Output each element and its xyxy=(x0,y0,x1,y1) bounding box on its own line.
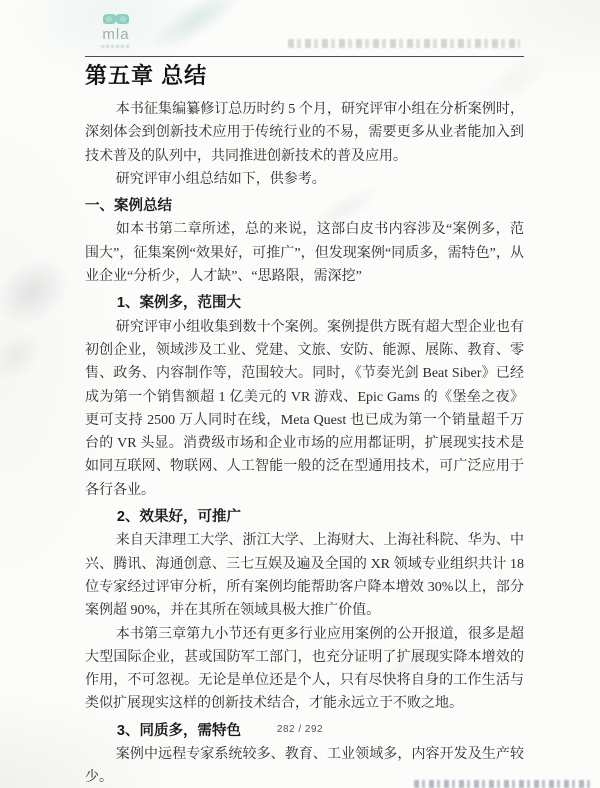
brand-caption-blurred xyxy=(101,45,131,48)
page-number: 282 / 292 xyxy=(0,724,600,735)
header-note-illegible xyxy=(288,39,520,48)
paragraph-note: 研究评审小组总结如下，供参考。 xyxy=(85,168,524,191)
document-page: mla 第五章 总结 本书征集编纂修订总历时约 5 个月，研究评审小组在分析案例… xyxy=(0,0,600,788)
brand-logo: mla xyxy=(86,12,146,48)
header-divider xyxy=(85,56,524,57)
document-content: 第五章 总结 本书征集编纂修订总历时约 5 个月，研究评审小组在分析案例时，深刻… xyxy=(85,62,524,788)
brand-wordmark: mla xyxy=(86,28,146,42)
paragraph-experts: 来自天津理工大学、浙江大学、上海财大、上海社科院、华为、中兴、腾讯、海通创意、三… xyxy=(85,529,524,622)
paragraph-overview: 如本书第二章所述，总的来说，这部白皮书内容涉及“案例多，范围大”，征集案例“效果… xyxy=(85,218,524,288)
subheading-good-results: 2、效果好，可推广 xyxy=(85,506,524,529)
section-heading-case-summary: 一、案例总结 xyxy=(85,195,524,218)
subheading-many-cases: 1、案例多，范围大 xyxy=(85,292,524,315)
watermark-smudge xyxy=(141,0,252,63)
paragraph-reports: 本书第三章第九小节还有更多行业应用案例的公开报道，很多是超大型国际企业，甚或国防… xyxy=(85,623,524,716)
watermark-smudge xyxy=(0,244,82,341)
paragraph-intro: 本书征集编纂修订总历时约 5 个月，研究评审小组在分析案例时，深刻体会到创新技术… xyxy=(85,98,524,168)
paragraph-many-cases: 研究评审小组收集到数十个案例。案例提供方既有超大型企业也有初创企业，领域涉及工业… xyxy=(85,316,524,502)
watermark-smudge xyxy=(0,322,52,390)
corner-note-illegible xyxy=(414,780,592,788)
chapter-title: 第五章 总结 xyxy=(85,62,524,90)
